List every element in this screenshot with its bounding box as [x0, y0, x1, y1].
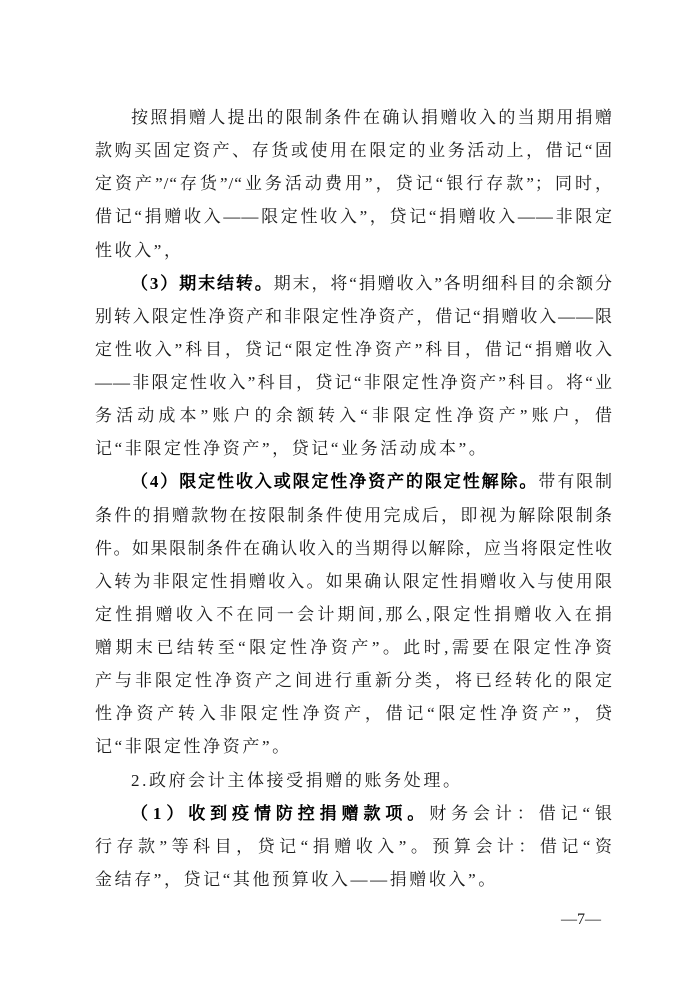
text-line: 件。如果限制条件在确认收入的当期得以解除，应当将限定性收: [95, 532, 613, 565]
line-text: 条件的捐赠款物在按限制条件使用完成后，即视为解除限制条: [95, 506, 613, 525]
text-line: 行存款”等科目，贷记“捐赠收入”。预算会计：借记“资: [95, 830, 613, 863]
page-number: —7—: [556, 908, 606, 932]
text-line: 务活动成本”账户的余额转入“非限定性净资产”账户，借: [95, 399, 613, 432]
text-line: ——非限定性收入”科目，贷记“非限定性净资产”科目。将“业: [95, 366, 613, 399]
section-heading: （1）收到疫情防控捐赠款项。: [131, 804, 429, 823]
line-text: 定资产”/“存货”/“业务活动费用”，贷记“银行存款”；同时，: [95, 174, 613, 193]
line-text: 记“非限定性净资产”，贷记“业务活动成本”。: [95, 439, 488, 458]
line-text: 别转入限定性净资产和非限定性净资产，借记“捐赠收入——限: [95, 307, 613, 326]
line-text: 财务会计：借记“银: [429, 804, 613, 823]
line-text: 定性收入”科目，贷记“限定性净资产”科目，借记“捐赠收入: [95, 340, 613, 359]
text-line: （3）期末结转。期末，将“捐赠收入”各明细科目的余额分: [95, 267, 613, 300]
text-line: 记“非限定性净资产”，贷记“业务活动成本”。: [95, 432, 613, 465]
paragraph-restriction-release: （4）限定性收入或限定性净资产的限定性解除。带有限制 条件的捐赠款物在按限制条件…: [95, 465, 613, 763]
text-line: 借记“捐赠收入——限定性收入”，贷记“捐赠收入——非限定: [95, 200, 613, 233]
line-text: 按照捐赠人提出的限制条件在确认捐赠收入的当期用捐赠: [131, 108, 613, 127]
line-text: 性收入”，: [95, 241, 184, 260]
text-line: 定资产”/“存货”/“业务活动费用”，贷记“银行存款”；同时，: [95, 167, 613, 200]
text-line: 赠期末已结转至“限定性净资产”。此时,需要在限定性净资: [95, 631, 613, 664]
document-body: 按照捐赠人提出的限制条件在确认捐赠收入的当期用捐赠 款购买固定资产、存货或使用在…: [95, 101, 613, 896]
text-line: 定性捐赠收入不在同一会计期间,那么,限定性捐赠收入在捐: [95, 598, 613, 631]
section-heading: （4）限定性收入或限定性净资产的限定性解除。: [131, 472, 538, 491]
text-line: （1）收到疫情防控捐赠款项。财务会计：借记“银: [95, 797, 613, 830]
line-text: 带有限制: [538, 472, 613, 491]
line-text: 2.政府会计主体接受捐赠的账务处理。: [131, 771, 463, 790]
line-text: 定性捐赠收入不在同一会计期间,那么,限定性捐赠收入在捐: [95, 605, 613, 624]
paragraph-period-end-closing: （3）期末结转。期末，将“捐赠收入”各明细科目的余额分 别转入限定性净资产和非限…: [95, 267, 613, 466]
text-line: 按照捐赠人提出的限制条件在确认捐赠收入的当期用捐赠: [95, 101, 613, 134]
text-line: 性净资产转入非限定性净资产，借记“限定性净资产”，贷: [95, 697, 613, 730]
text-line: （4）限定性收入或限定性净资产的限定性解除。带有限制: [95, 465, 613, 498]
text-line: 条件的捐赠款物在按限制条件使用完成后，即视为解除限制条: [95, 499, 613, 532]
paragraph-epidemic-donation-receipt: （1）收到疫情防控捐赠款项。财务会计：借记“银 行存款”等科目，贷记“捐赠收入”…: [95, 797, 613, 896]
line-text: 借记“捐赠收入——限定性收入”，贷记“捐赠收入——非限定: [95, 207, 613, 226]
line-text: 赠期末已结转至“限定性净资产”。此时,需要在限定性净资: [95, 638, 613, 657]
text-line: 2.政府会计主体接受捐赠的账务处理。: [95, 764, 613, 797]
line-text: 产与非限定性净资产之间进行重新分类，将已经转化的限定: [95, 671, 613, 690]
text-line: 产与非限定性净资产之间进行重新分类，将已经转化的限定: [95, 664, 613, 697]
line-text: 记“非限定性净资产”。: [95, 737, 292, 756]
text-line: 别转入限定性净资产和非限定性净资产，借记“捐赠收入——限: [95, 300, 613, 333]
line-text: 款购买固定资产、存货或使用在限定的业务活动上，借记“固: [95, 141, 613, 160]
text-line: 入转为非限定性捐赠收入。如果确认限定性捐赠收入与使用限: [95, 565, 613, 598]
line-text: 入转为非限定性捐赠收入。如果确认限定性捐赠收入与使用限: [95, 572, 613, 591]
line-text: 件。如果限制条件在确认收入的当期得以解除，应当将限定性收: [95, 539, 613, 558]
paragraph-restricted-donation-use: 按照捐赠人提出的限制条件在确认捐赠收入的当期用捐赠 款购买固定资产、存货或使用在…: [95, 101, 613, 267]
text-line: 记“非限定性净资产”。: [95, 730, 613, 763]
text-line: 定性收入”科目，贷记“限定性净资产”科目，借记“捐赠收入: [95, 333, 613, 366]
line-text: 金结存”，贷记“其他预算收入——捐赠收入”。: [95, 870, 498, 889]
section-heading: （3）期末结转。: [131, 274, 274, 293]
line-text: 务活动成本”账户的余额转入“非限定性净资产”账户，借: [95, 406, 613, 425]
text-line: 性收入”，: [95, 234, 613, 267]
text-line: 款购买固定资产、存货或使用在限定的业务活动上，借记“固: [95, 134, 613, 167]
paragraph-government-donation-heading: 2.政府会计主体接受捐赠的账务处理。: [95, 764, 613, 797]
line-text: 期末，将“捐赠收入”各明细科目的余额分: [274, 274, 613, 293]
line-text: 性净资产转入非限定性净资产，借记“限定性净资产”，贷: [95, 704, 613, 723]
line-text: 行存款”等科目，贷记“捐赠收入”。预算会计：借记“资: [95, 837, 613, 856]
text-line: 金结存”，贷记“其他预算收入——捐赠收入”。: [95, 863, 613, 896]
line-text: ——非限定性收入”科目，贷记“非限定性净资产”科目。将“业: [95, 373, 613, 392]
